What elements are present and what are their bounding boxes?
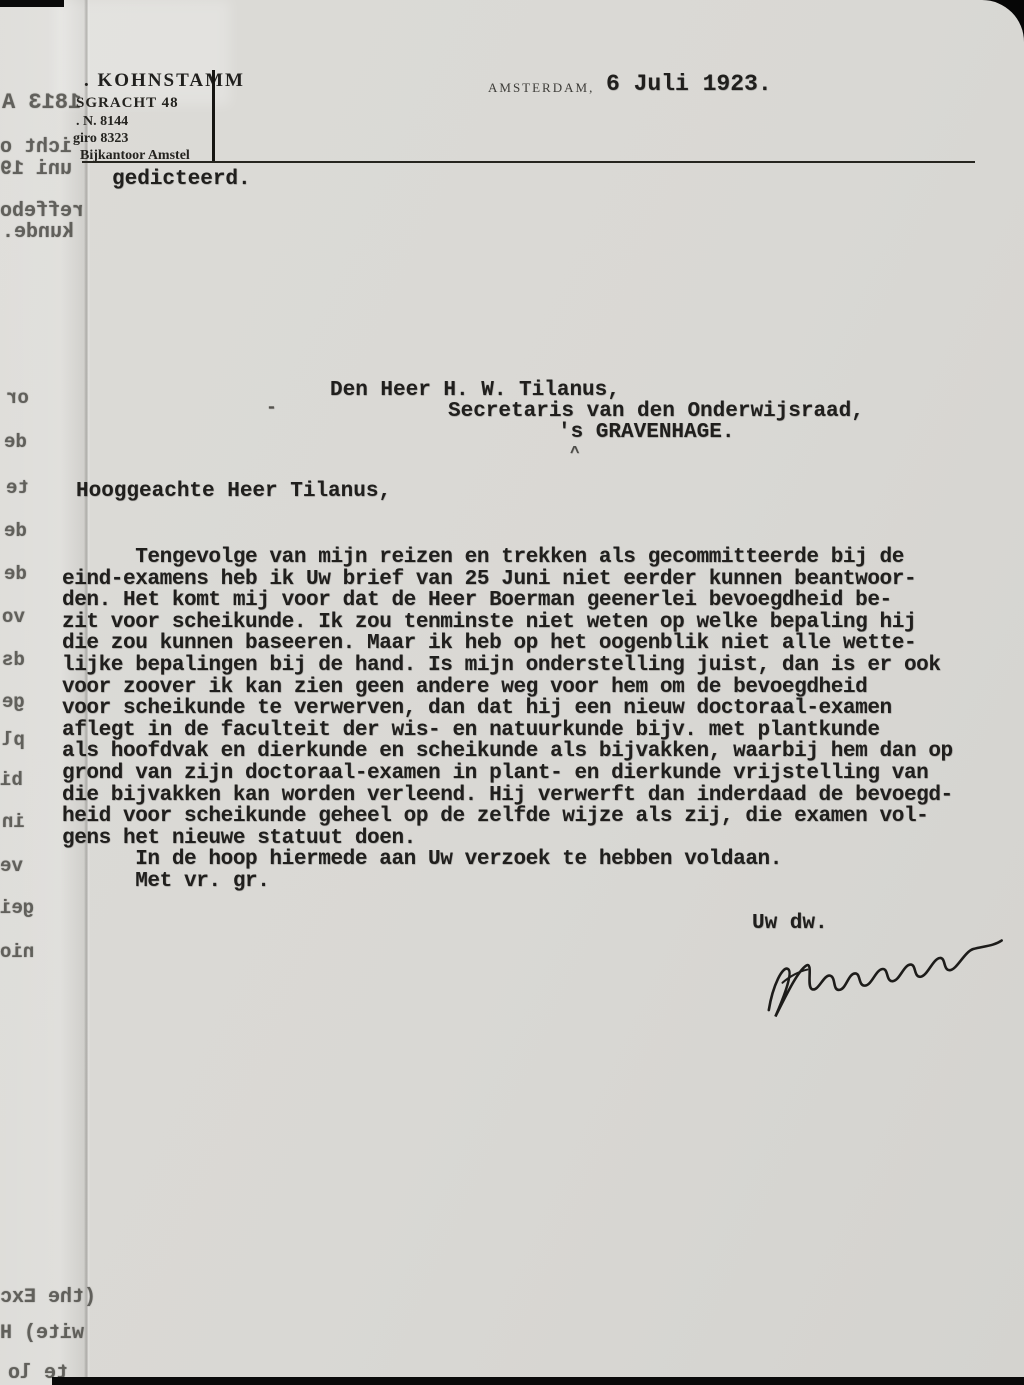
bleedthrough-text: ds [2, 649, 25, 671]
bleedthrough-text: icht o [0, 136, 72, 159]
recipient-city: 's GRAVENHAGE. [558, 421, 734, 444]
bleedthrough-text: in [2, 811, 25, 833]
bleedthrough-text: ve [0, 855, 23, 877]
bleedthrough-text: nio [0, 941, 34, 963]
letter-paper: 1813 Aicht ouni 19reffebokunde.ordeteded… [0, 0, 1024, 1385]
bleedthrough-text: bi [0, 769, 23, 791]
dateline-date: 6 Juli 1923. [606, 71, 772, 97]
letterhead-giro: giro 8323 [73, 131, 128, 147]
signature [749, 923, 1017, 1024]
bleedthrough-text: wite) H [0, 1322, 84, 1345]
scan-edge-bottom-bar [52, 1377, 1024, 1385]
dateline-city: AMSTERDAM, [488, 80, 594, 96]
scanned-letter-page: { "letterhead": { "name_line": ". KOHNST… [0, 0, 1024, 1385]
recipient-title: Secretaris van den Onderwijsraad, [448, 400, 864, 423]
bleedthrough-text: de [4, 431, 27, 453]
scan-edge-top-bar [0, 0, 64, 7]
bleedthrough-text: 1813 A [2, 90, 81, 115]
bleedthrough-text: pl [2, 729, 25, 751]
stray-dash-mark: - [266, 398, 277, 418]
signoff: Uw dw. [752, 912, 828, 935]
dictated-note: gedicteerd. [112, 168, 251, 191]
bleedthrough-text: or [6, 387, 29, 409]
bleedthrough-text: de [4, 520, 27, 542]
bleedthrough-text: gei [0, 897, 34, 919]
bleedthrough-text: reffebo [0, 200, 84, 223]
letterhead-street: SGRACHT 48 [76, 95, 179, 112]
letterhead-horizontal-rule [82, 161, 975, 163]
letterhead-vertical-rule [212, 70, 215, 163]
bleedthrough-text: kunde. [2, 221, 74, 244]
recipient-name: Den Heer H. W. Tilanus, [330, 379, 620, 402]
letterhead-telephone: . N. 8144 [76, 114, 128, 130]
letter-body: Tengevolge van mijn reizen en trekken al… [62, 547, 953, 893]
bleedthrough-text: (the Exc [0, 1286, 96, 1309]
bleedthrough-text: de [4, 563, 27, 585]
bleedthrough-text: vo [2, 606, 25, 628]
bleedthrough-text: uni 19 [0, 158, 72, 181]
bleedthrough-text: ge [2, 691, 25, 713]
salutation: Hooggeachte Heer Tilanus, [76, 480, 391, 503]
letterhead-name: . KOHNSTAMM [84, 70, 245, 92]
caret-mark: ^ [570, 444, 580, 462]
bleedthrough-text: te [6, 477, 29, 499]
